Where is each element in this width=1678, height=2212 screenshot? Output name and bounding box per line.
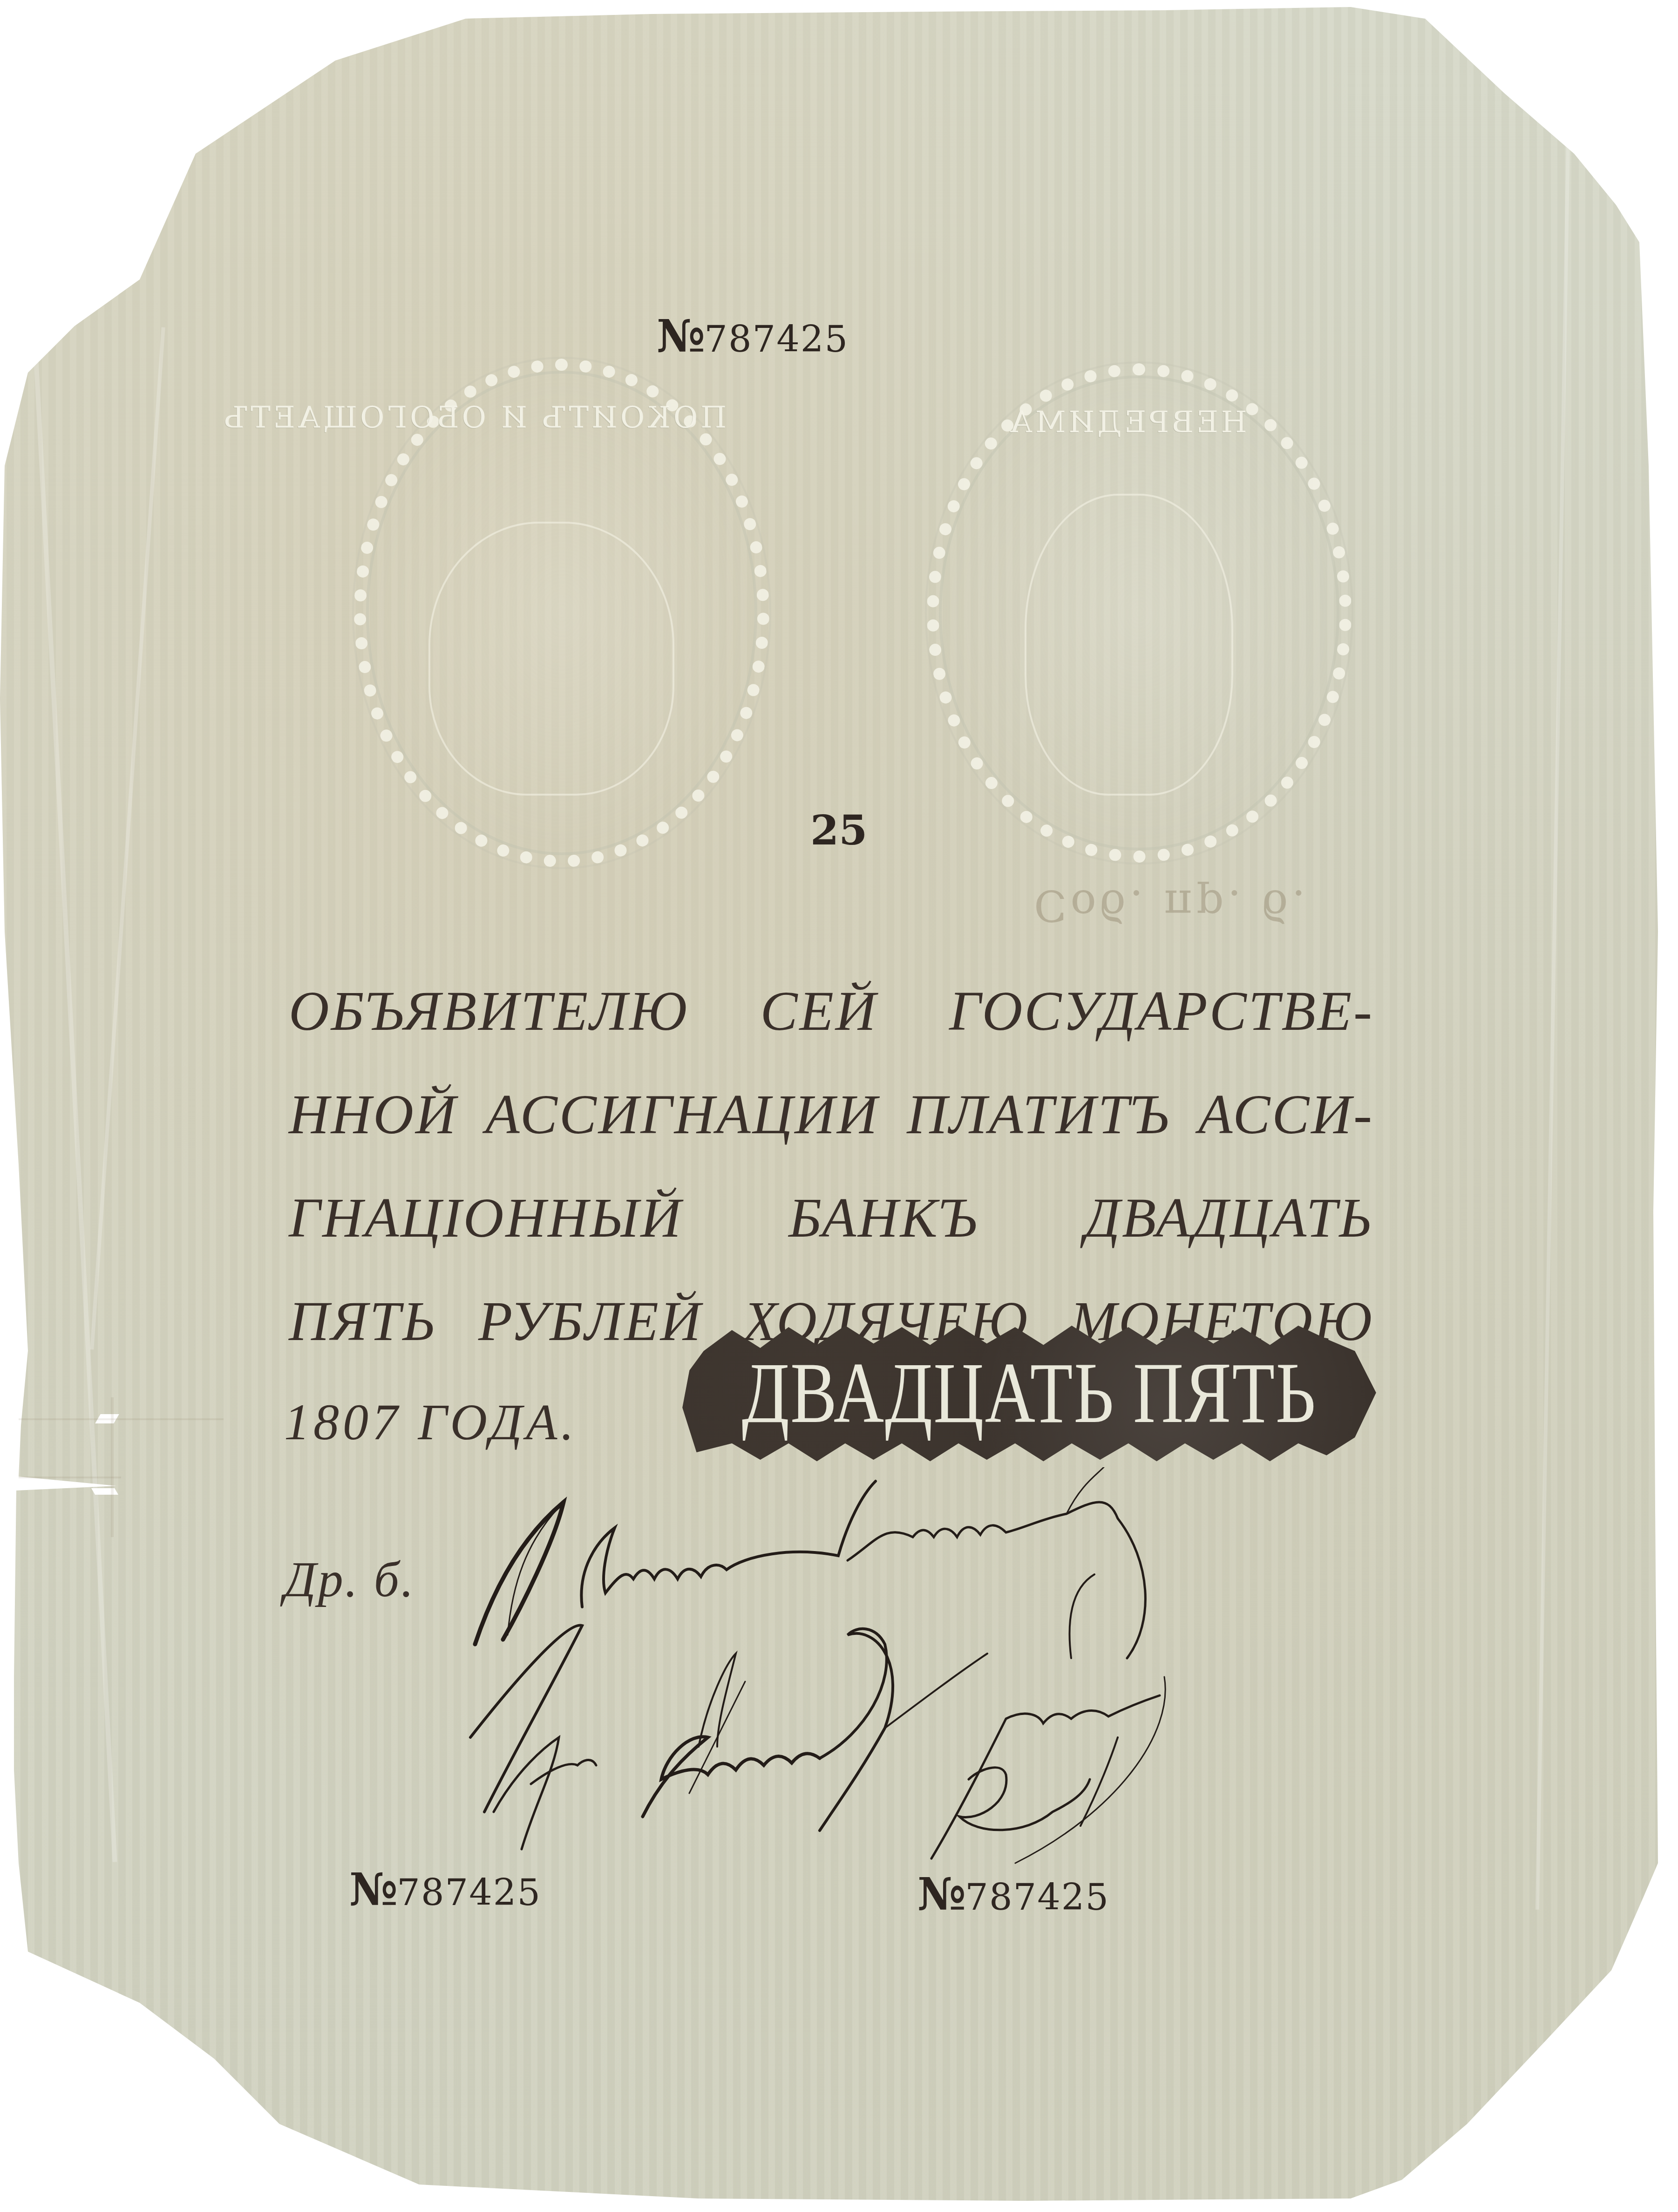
text-word: ГОСУДАРСТВЕ- [949, 960, 1374, 1063]
text-line-2: ННОЙ АССИГНАЦИИ ПЛАТИТЪ АССИ- [289, 1063, 1374, 1166]
text-word: РУБЛЕЙ [478, 1270, 703, 1373]
serial-digits: 787425 [704, 319, 849, 361]
embossed-figure-left [428, 522, 674, 796]
serial-number-bottom-left: №787425 [349, 1863, 541, 1916]
text-word: ПЛАТИТЪ [907, 1063, 1170, 1166]
text-line-3: ГНАЦІОННЫЙ БАНКЪ ДВАДЦАТЬ [289, 1166, 1374, 1270]
show-through-stamp: Соб. пр. б. [1034, 880, 1309, 930]
serial-number-bottom-right: №787425 [917, 1868, 1109, 1920]
text-word: СЕЙ [761, 960, 878, 1063]
serial-digits: 787425 [965, 1877, 1109, 1919]
issue-year: 1807 ГОДА. [284, 1393, 577, 1452]
medallion-legend-right: НЕВРЕДИМА [964, 405, 1290, 440]
denomination-stamp-text: ДВАДЦАТЬ ПЯТЬ [742, 1343, 1317, 1443]
text-word: ННОЙ [289, 1063, 458, 1166]
serial-digits: 787425 [397, 1872, 541, 1914]
text-word: БАНКЪ [788, 1166, 978, 1270]
signature-label: Др. б. [284, 1551, 415, 1609]
denomination-numeral: 25 [810, 806, 867, 854]
serial-number-top: №787425 [657, 310, 849, 362]
medallion-legend-left: ПОКОИТЪ И ОБОГОЩАЕТЪ [373, 401, 727, 435]
signature-lower [466, 1616, 1630, 1877]
text-word: ПЯТЬ [289, 1270, 437, 1373]
embossed-figure-right [1025, 494, 1233, 796]
promissory-text: ОБЪЯВИТЕЛЮ СЕЙ ГОСУДАРСТВЕ- ННОЙ АССИГНА… [289, 960, 1374, 1373]
denomination-stamp: ДВАДЦАТЬ ПЯТЬ [675, 1318, 1383, 1467]
text-word: АССИ- [1198, 1063, 1374, 1166]
paper-crease [19, 1418, 224, 1420]
text-word: ГНАЦІОННЫЙ [289, 1166, 683, 1270]
paper-crease [19, 1477, 121, 1478]
numero-sign: № [917, 1868, 963, 1920]
numero-sign: № [657, 310, 702, 362]
text-word: ОБЪЯВИТЕЛЮ [289, 960, 689, 1063]
text-line-1: ОБЪЯВИТЕЛЮ СЕЙ ГОСУДАРСТВЕ- [289, 960, 1374, 1063]
numero-sign: № [349, 1863, 395, 1916]
text-word: АССИГНАЦИИ [485, 1063, 879, 1166]
text-word: ДВАДЦАТЬ [1085, 1166, 1374, 1270]
